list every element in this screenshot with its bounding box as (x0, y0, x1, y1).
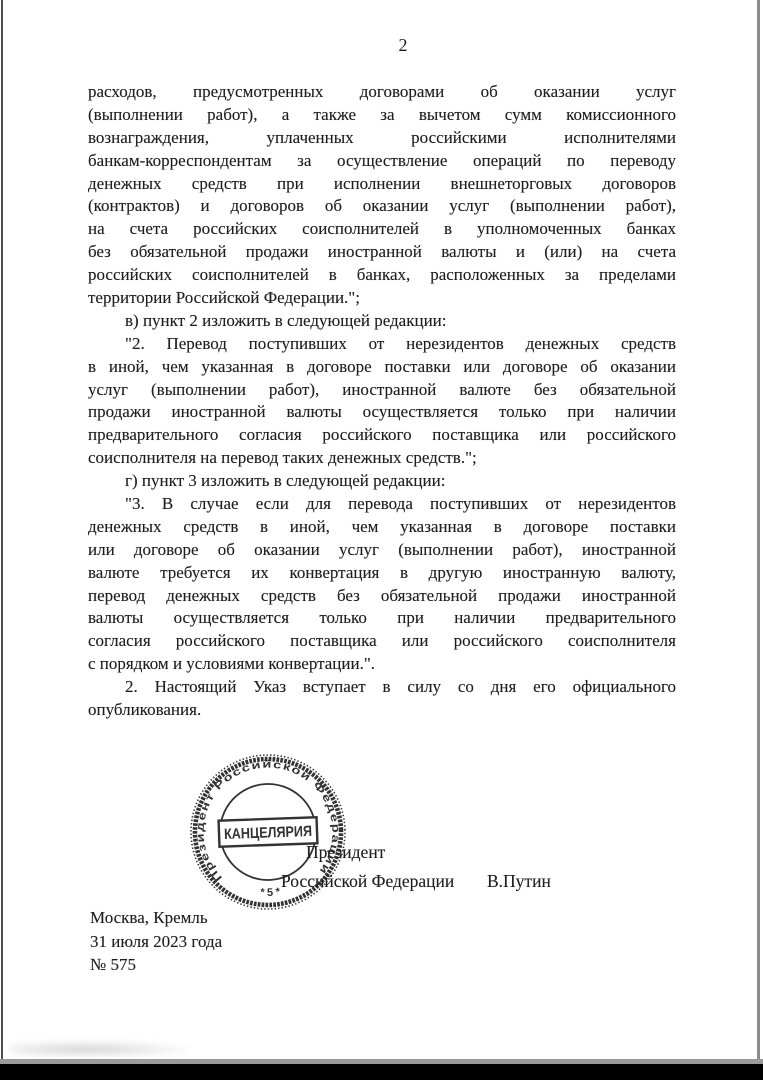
text-line: денежных средств при исполнении внешнето… (88, 173, 676, 196)
stamp-bottom-text: * 5 * (259, 886, 282, 900)
text-line: 2. Настоящий Указ вступает в силу со дня… (88, 676, 676, 699)
text-line: валюты осуществляется только при наличии… (88, 607, 676, 630)
footer-place: Москва, Кремль (90, 906, 222, 930)
text-line: перевод денежных средств без обязательно… (88, 585, 676, 608)
text-line: денежных средств в иной, чем указанная в… (88, 516, 676, 539)
svg-text:* 5 *: * 5 * (259, 886, 282, 900)
chancellery-stamp: Президент Российской Федерации * 5 * КАН… (180, 744, 356, 920)
page-border-right (757, 0, 760, 1062)
text-line: в) пункт 2 изложить в следующей редакции… (88, 310, 676, 333)
document-page: 2 расходов, предусмотренных договорами о… (0, 0, 763, 1080)
text-line: "2. Перевод поступивших от нерезидентов … (88, 333, 676, 356)
text-line: территории Российской Федерации."; (88, 287, 676, 310)
text-line: в иной, чем указанная в договоре поставк… (88, 356, 676, 379)
footer-date-block: Москва, Кремль 31 июля 2023 года № 575 (90, 906, 222, 977)
decree-body-text: расходов, предусмотренных договорами об … (88, 81, 676, 722)
scan-smudge (10, 1040, 200, 1056)
signature-name: В.Путин (487, 871, 551, 892)
text-line: "3. В случае если для перевода поступивш… (88, 493, 676, 516)
text-line: согласия российского поставщика или росс… (88, 630, 676, 653)
text-line: (контрактов) и договоров об оказании усл… (88, 195, 676, 218)
text-line: российских соисполнителей в банках, расп… (88, 264, 676, 287)
text-line: на счета российских соисполнителей в упо… (88, 218, 676, 241)
text-line: валюте требуется их конвертация в другую… (88, 562, 676, 585)
page-border-left (1, 0, 3, 1061)
text-line: г) пункт 3 изложить в следующей редакции… (88, 470, 676, 493)
text-line: с порядком и условиями конвертации.". (88, 653, 676, 676)
text-line: продажи иностранной валюты осуществляетс… (88, 401, 676, 424)
text-line: соисполнителя на перевод таких денежных … (88, 447, 676, 470)
text-line: вознаграждения, уплаченных российскими и… (88, 127, 676, 150)
text-line: или договоре об оказании услуг (выполнен… (88, 539, 676, 562)
page-number: 2 (343, 35, 463, 56)
text-line: предварительного согласия российского по… (88, 424, 676, 447)
text-line: расходов, предусмотренных договорами об … (88, 81, 676, 104)
text-line: опубликования. (88, 699, 676, 722)
stamp-center-text: КАНЦЕЛЯРИЯ (224, 823, 313, 843)
footer-date: 31 июля 2023 года (90, 930, 222, 954)
footer-number: № 575 (90, 953, 222, 977)
text-line: (выполнении работ), а также за вычетом с… (88, 104, 676, 127)
text-line: банкам-корреспондентам за осуществление … (88, 150, 676, 173)
text-line: услуг (выполнении работ), иностранной ва… (88, 379, 676, 402)
scan-bottom-bar (0, 1064, 763, 1080)
text-line: без обязательной продажи иностранной вал… (88, 241, 676, 264)
